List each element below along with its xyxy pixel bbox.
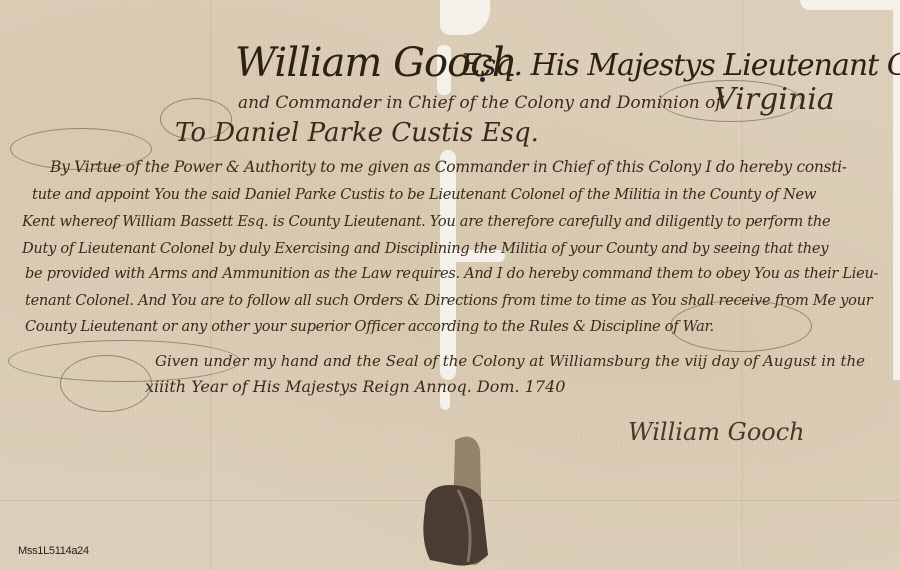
fold-line-vertical: [210, 0, 211, 570]
parchment-document: William Gooch Esq. His Majestys Lieutena…: [0, 0, 900, 570]
body-line: Kent whereof William Bassett Esq. is Cou…: [22, 213, 830, 230]
torn-notch-top-center: [440, 0, 490, 35]
body-line: Duty of Lieutenant Colonel by duly Exerc…: [22, 240, 828, 257]
flourish-ornament: [660, 80, 802, 122]
flourish-ornament: [60, 355, 152, 412]
body-line: By Virtue of the Power & Authority to me…: [50, 158, 847, 176]
signature: William Gooch: [628, 418, 805, 446]
flourish-ornament: [160, 98, 232, 140]
ink-blot: [480, 77, 485, 82]
torn-edge-top-right: [800, 0, 900, 10]
wax-seal: [420, 430, 520, 570]
body-line: be provided with Arms and Ammunition as …: [25, 265, 878, 282]
dating-line: Given under my hand and the Seal of the …: [155, 352, 865, 370]
heading-commander: and Commander in Chief of the Colony and…: [238, 93, 722, 113]
dating-line: xiiith Year of His Majestys Reign Annoq.…: [145, 377, 565, 396]
body-line: County Lieutenant or any other your supe…: [25, 318, 714, 335]
body-line: tute and appoint You the said Daniel Par…: [32, 186, 816, 203]
catalog-number: Mss1L5114a24: [18, 545, 89, 557]
heading-title: Esq. His Majestys Lieutenant Govern: [460, 48, 900, 83]
body-line: tenant Colonel. And You are to follow al…: [25, 292, 872, 309]
